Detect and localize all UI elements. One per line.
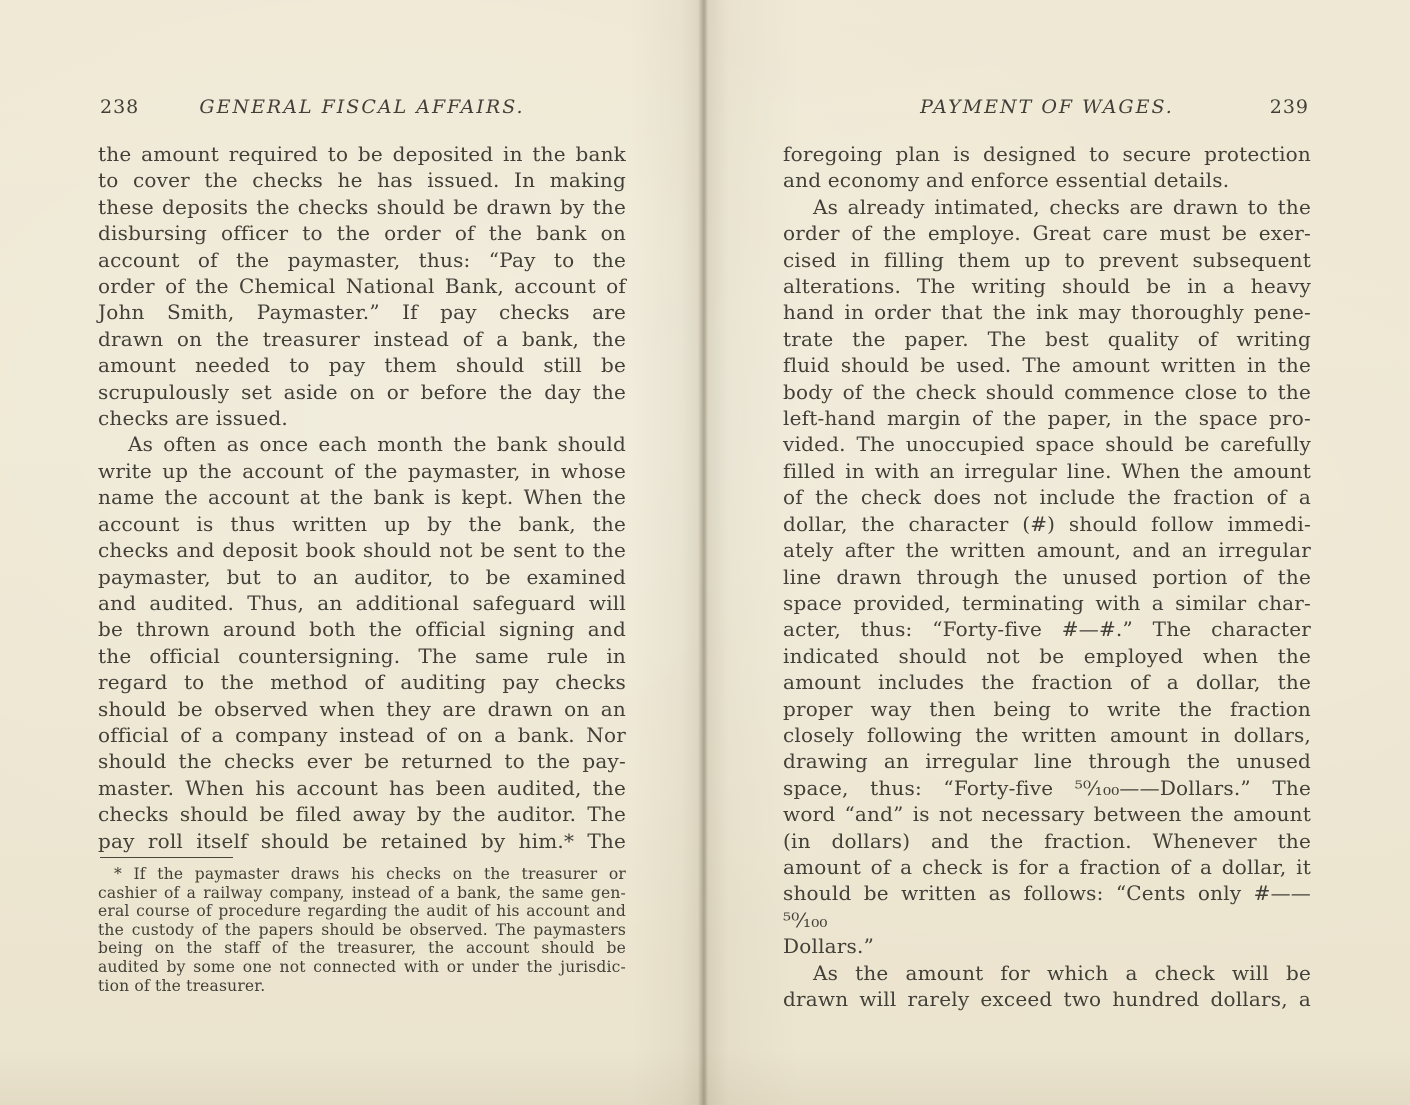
text-line: space provided, terminating with a simil… bbox=[783, 590, 1311, 616]
page-right: PAYMENT OF WAGES. 239 foregoing plan is … bbox=[783, 94, 1311, 1012]
paragraph: As the amount for which a check will bed… bbox=[783, 960, 1311, 1013]
text-line: the amount required to be deposited in t… bbox=[98, 141, 626, 167]
text-line: paymaster, but to an auditor, to be exam… bbox=[98, 564, 626, 590]
text-line: pay roll itself should be retained by hi… bbox=[98, 828, 626, 854]
text-line: cised in filling them up to prevent subs… bbox=[783, 247, 1311, 273]
text-line: space, thus: “Forty-five ⁵⁰⁄₁₀₀——Dollars… bbox=[783, 775, 1311, 801]
text-line: eral course of procedure regarding the a… bbox=[98, 902, 626, 921]
text-line: the custody of the papers should be obse… bbox=[98, 921, 626, 940]
text-line: drawn will rarely exceed two hundred dol… bbox=[783, 986, 1311, 1012]
text-line: hand in order that the ink may thoroughl… bbox=[783, 299, 1311, 325]
text-line: the official countersigning. The same ru… bbox=[98, 643, 626, 669]
text-line: disbursing officer to the order of the b… bbox=[98, 220, 626, 246]
text-line: * If the paymaster draws his checks on t… bbox=[98, 865, 626, 884]
text-line: body of the check should commence close … bbox=[783, 379, 1311, 405]
text-line: should the checks ever be returned to th… bbox=[98, 748, 626, 774]
body-text-right: foregoing plan is designed to secure pro… bbox=[783, 141, 1311, 1012]
page-left: 238 GENERAL FISCAL AFFAIRS. the amount r… bbox=[98, 94, 626, 995]
text-line: trate the paper. The best quality of wri… bbox=[783, 326, 1311, 352]
paragraph: As often as once each month the bank sho… bbox=[98, 431, 626, 854]
footnote-rule bbox=[100, 857, 233, 858]
running-header-left: 238 GENERAL FISCAL AFFAIRS. bbox=[98, 94, 626, 120]
text-line: audited by some one not connected with o… bbox=[98, 958, 626, 977]
text-line: As often as once each month the bank sho… bbox=[98, 431, 626, 457]
paragraph: foregoing plan is designed to secure pro… bbox=[783, 141, 1311, 194]
text-line: amount needed to pay them should still b… bbox=[98, 352, 626, 378]
text-line: indicated should not be employed when th… bbox=[783, 643, 1311, 669]
text-line: master. When his account has been audite… bbox=[98, 775, 626, 801]
text-line: John Smith, Paymaster.” If pay checks ar… bbox=[98, 299, 626, 325]
text-line: drawn on the treasurer instead of a bank… bbox=[98, 326, 626, 352]
page-number-left: 238 bbox=[100, 94, 139, 120]
text-line: checks are issued. bbox=[98, 405, 626, 431]
text-line: order of the Chemical National Bank, acc… bbox=[98, 273, 626, 299]
text-line: (in dollars) and the fraction. Whenever … bbox=[783, 828, 1311, 854]
text-line: closely following the written amount in … bbox=[783, 722, 1311, 748]
running-title-right: PAYMENT OF WAGES. bbox=[783, 94, 1311, 120]
text-line: proper way then being to write the fract… bbox=[783, 696, 1311, 722]
text-line: be thrown around both the official signi… bbox=[98, 616, 626, 642]
text-line: amount of a check is for a fraction of a… bbox=[783, 854, 1311, 880]
footnote: * If the paymaster draws his checks on t… bbox=[98, 865, 626, 995]
text-line: cashier of a railway company, instead of… bbox=[98, 884, 626, 903]
text-line: As the amount for which a check will be bbox=[783, 960, 1311, 986]
text-line: account of the paymaster, thus: “Pay to … bbox=[98, 247, 626, 273]
text-line: official of a company instead of on a ba… bbox=[98, 722, 626, 748]
text-line: and economy and enforce essential detail… bbox=[783, 167, 1311, 193]
text-line: drawing an irregular line through the un… bbox=[783, 748, 1311, 774]
page-number-right: 239 bbox=[1270, 94, 1309, 120]
text-line: checks and deposit book should not be se… bbox=[98, 537, 626, 563]
text-line: to cover the checks he has issued. In ma… bbox=[98, 167, 626, 193]
body-text-left: the amount required to be deposited in t… bbox=[98, 141, 626, 854]
text-line: name the account at the bank is kept. Wh… bbox=[98, 484, 626, 510]
text-line: should be observed when they are drawn o… bbox=[98, 696, 626, 722]
running-title-left: GENERAL FISCAL AFFAIRS. bbox=[98, 94, 626, 120]
text-line: filled in with an irregular line. When t… bbox=[783, 458, 1311, 484]
text-line: acter, thus: “Forty-five #—#.” The chara… bbox=[783, 616, 1311, 642]
text-line: word “and” is not necessary between the … bbox=[783, 801, 1311, 827]
text-line: and audited. Thus, an additional safegua… bbox=[98, 590, 626, 616]
text-line: order of the employe. Great care must be… bbox=[783, 220, 1311, 246]
book-gutter-shadow bbox=[630, 0, 800, 1105]
text-line: being on the staff of the treasurer, the… bbox=[98, 939, 626, 958]
text-line: write up the account of the paymaster, i… bbox=[98, 458, 626, 484]
text-line: should be written as follows: “Cents onl… bbox=[783, 880, 1311, 933]
text-line: vided. The unoccupied space should be ca… bbox=[783, 431, 1311, 457]
text-line: ately after the written amount, and an i… bbox=[783, 537, 1311, 563]
paragraph: the amount required to be deposited in t… bbox=[98, 141, 626, 431]
text-line: checks should be filed away by the audit… bbox=[98, 801, 626, 827]
paragraph: * If the paymaster draws his checks on t… bbox=[98, 865, 626, 995]
text-line: amount includes the fraction of a dollar… bbox=[783, 669, 1311, 695]
text-line: scrupulously set aside on or before the … bbox=[98, 379, 626, 405]
paragraph: As already intimated, checks are drawn t… bbox=[783, 194, 1311, 960]
text-line: dollar, the character (#) should follow … bbox=[783, 511, 1311, 537]
text-line: fluid should be used. The amount written… bbox=[783, 352, 1311, 378]
text-line: As already intimated, checks are drawn t… bbox=[783, 194, 1311, 220]
text-line: regard to the method of auditing pay che… bbox=[98, 669, 626, 695]
text-line: line drawn through the unused portion of… bbox=[783, 564, 1311, 590]
text-line: foregoing plan is designed to secure pro… bbox=[783, 141, 1311, 167]
text-line: Dollars.” bbox=[783, 933, 1311, 959]
text-line: alterations. The writing should be in a … bbox=[783, 273, 1311, 299]
text-line: left-hand margin of the paper, in the sp… bbox=[783, 405, 1311, 431]
text-line: tion of the treasurer. bbox=[98, 977, 626, 996]
text-line: these deposits the checks should be draw… bbox=[98, 194, 626, 220]
running-header-right: PAYMENT OF WAGES. 239 bbox=[783, 94, 1311, 120]
text-line: account is thus written up by the bank, … bbox=[98, 511, 626, 537]
book-spread: 238 GENERAL FISCAL AFFAIRS. the amount r… bbox=[0, 0, 1410, 1105]
text-line: of the check does not include the fracti… bbox=[783, 484, 1311, 510]
